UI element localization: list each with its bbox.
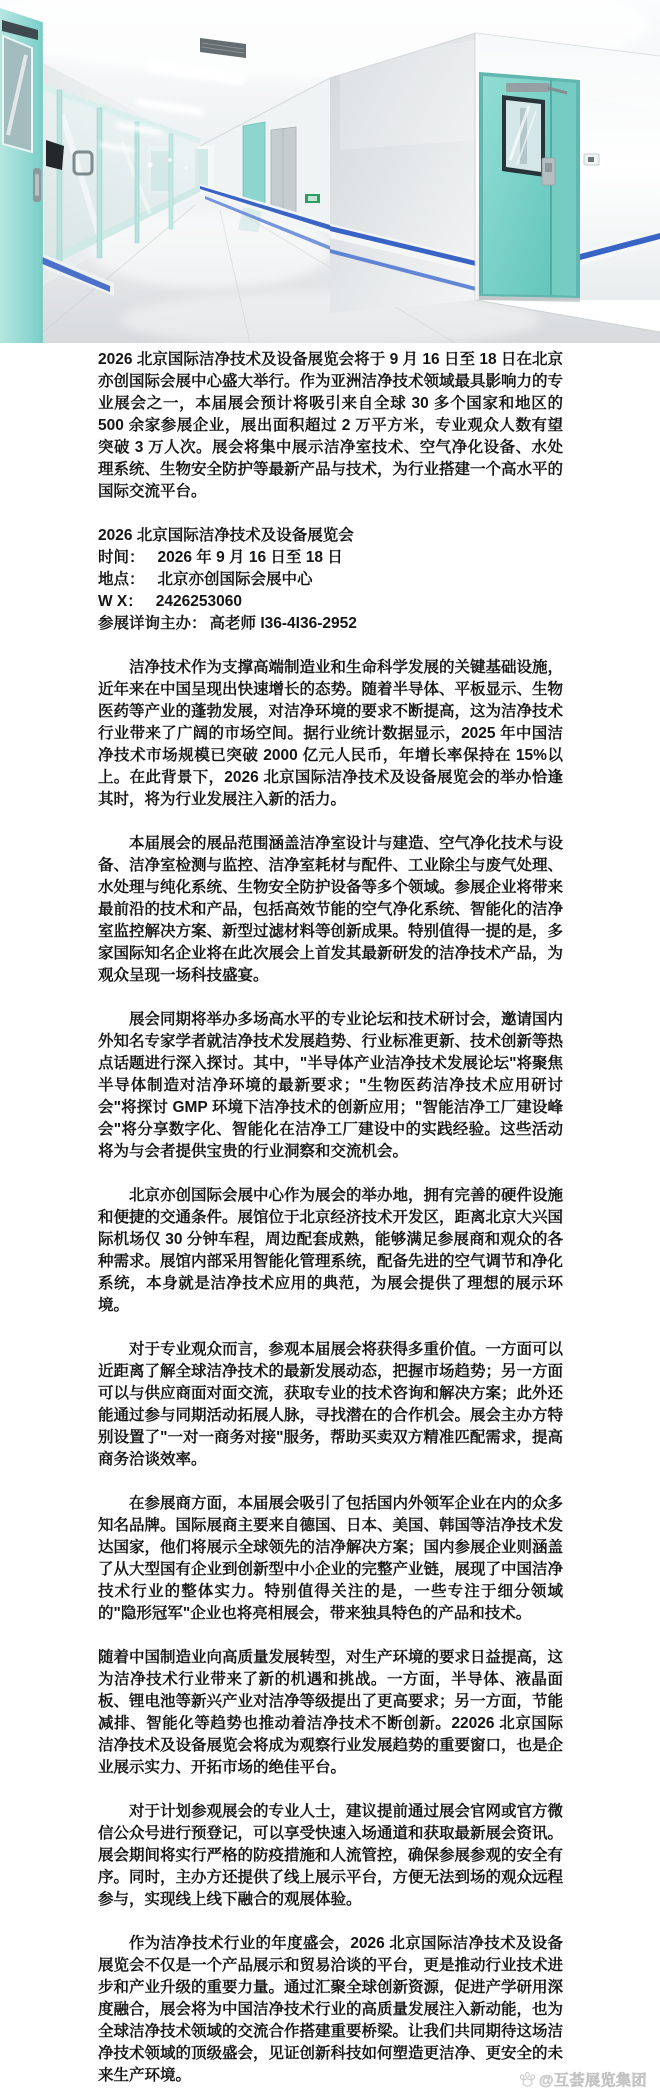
- info-label: W X：: [98, 593, 143, 610]
- exhibition-title: 2026 北京国际洁净技术及设备展览会: [98, 525, 563, 547]
- info-label: 参展详询主办：: [98, 615, 207, 632]
- paragraph: 本届展会的展品范围涵盖洁净室设计与建造、空气净化技术与设备、洁净室检测与监控、洁…: [98, 833, 563, 987]
- info-value: 2426253060: [156, 593, 242, 610]
- exhibition-info-block: 2026 北京国际洁净技术及设备展览会 时间：2026 年 9 月 16 日至 …: [98, 525, 563, 635]
- article-page: 2026 北京国际洁净技术及设备展览会将于 9 月 16 日至 18 日在北京亦…: [0, 0, 660, 2099]
- paragraph: 对于计划参观展会的专业人士，建议提前通过展会官网或官方微信公众号进行预登记，可以…: [98, 1801, 563, 1911]
- paragraph: 作为洁净技术行业的年度盛会，2026 北京国际洁净技术及设备展览会不仅是一个产品…: [98, 1933, 563, 2087]
- paragraph: 展会同期将举办多场高水平的专业论坛和技术研讨会，邀请国内外知名专家学者就洁净技术…: [98, 1009, 563, 1163]
- info-value: 北京亦创国际会展中心: [158, 571, 313, 588]
- info-row-time: 时间：2026 年 9 月 16 日至 18 日: [98, 547, 563, 569]
- cleanroom-corridor-photo: [0, 0, 660, 343]
- paragraph: 北京亦创国际会展中心作为展会的举办地，拥有完善的硬件设施和便捷的交通条件。展馆位…: [98, 1185, 563, 1317]
- info-value: 高老师 I36-4I36-2952: [210, 615, 357, 632]
- info-label: 时间：: [98, 549, 145, 566]
- info-value: 2026 年 9 月 16 日至 18 日: [158, 549, 343, 566]
- watermark: @互荟展览集团: [519, 2069, 647, 2090]
- intro-paragraph: 2026 北京国际洁净技术及设备展览会将于 9 月 16 日至 18 日在北京亦…: [98, 349, 563, 503]
- info-row-wechat: W X：2426253060: [98, 591, 563, 613]
- paw-logo-icon: [519, 2071, 536, 2088]
- info-row-contact: 参展详询主办：高老师 I36-4I36-2952: [98, 613, 563, 635]
- info-label: 地点：: [98, 571, 145, 588]
- watermark-text: @互荟展览集团: [539, 2069, 647, 2090]
- article-body: 2026 北京国际洁净技术及设备展览会将于 9 月 16 日至 18 日在北京亦…: [0, 343, 660, 2087]
- paragraph: 洁净技术作为支撑高端制造业和生命科学发展的关键基础设施，近年来在中国呈现出快速增…: [98, 657, 563, 811]
- info-row-venue: 地点：北京亦创国际会展中心: [98, 569, 563, 591]
- paragraph: 对于专业观众而言，参观本届展会将获得多重价值。一方面可以近距离了解全球洁净技术的…: [98, 1339, 563, 1471]
- paragraph: 在参展商方面，本届展会吸引了包括国内外领军企业在内的众多知名品牌。国际展商主要来…: [98, 1493, 563, 1625]
- paragraph: 随着中国制造业向高质量发展转型，对生产环境的要求日益提高，这为洁净技术行业带来了…: [98, 1647, 563, 1779]
